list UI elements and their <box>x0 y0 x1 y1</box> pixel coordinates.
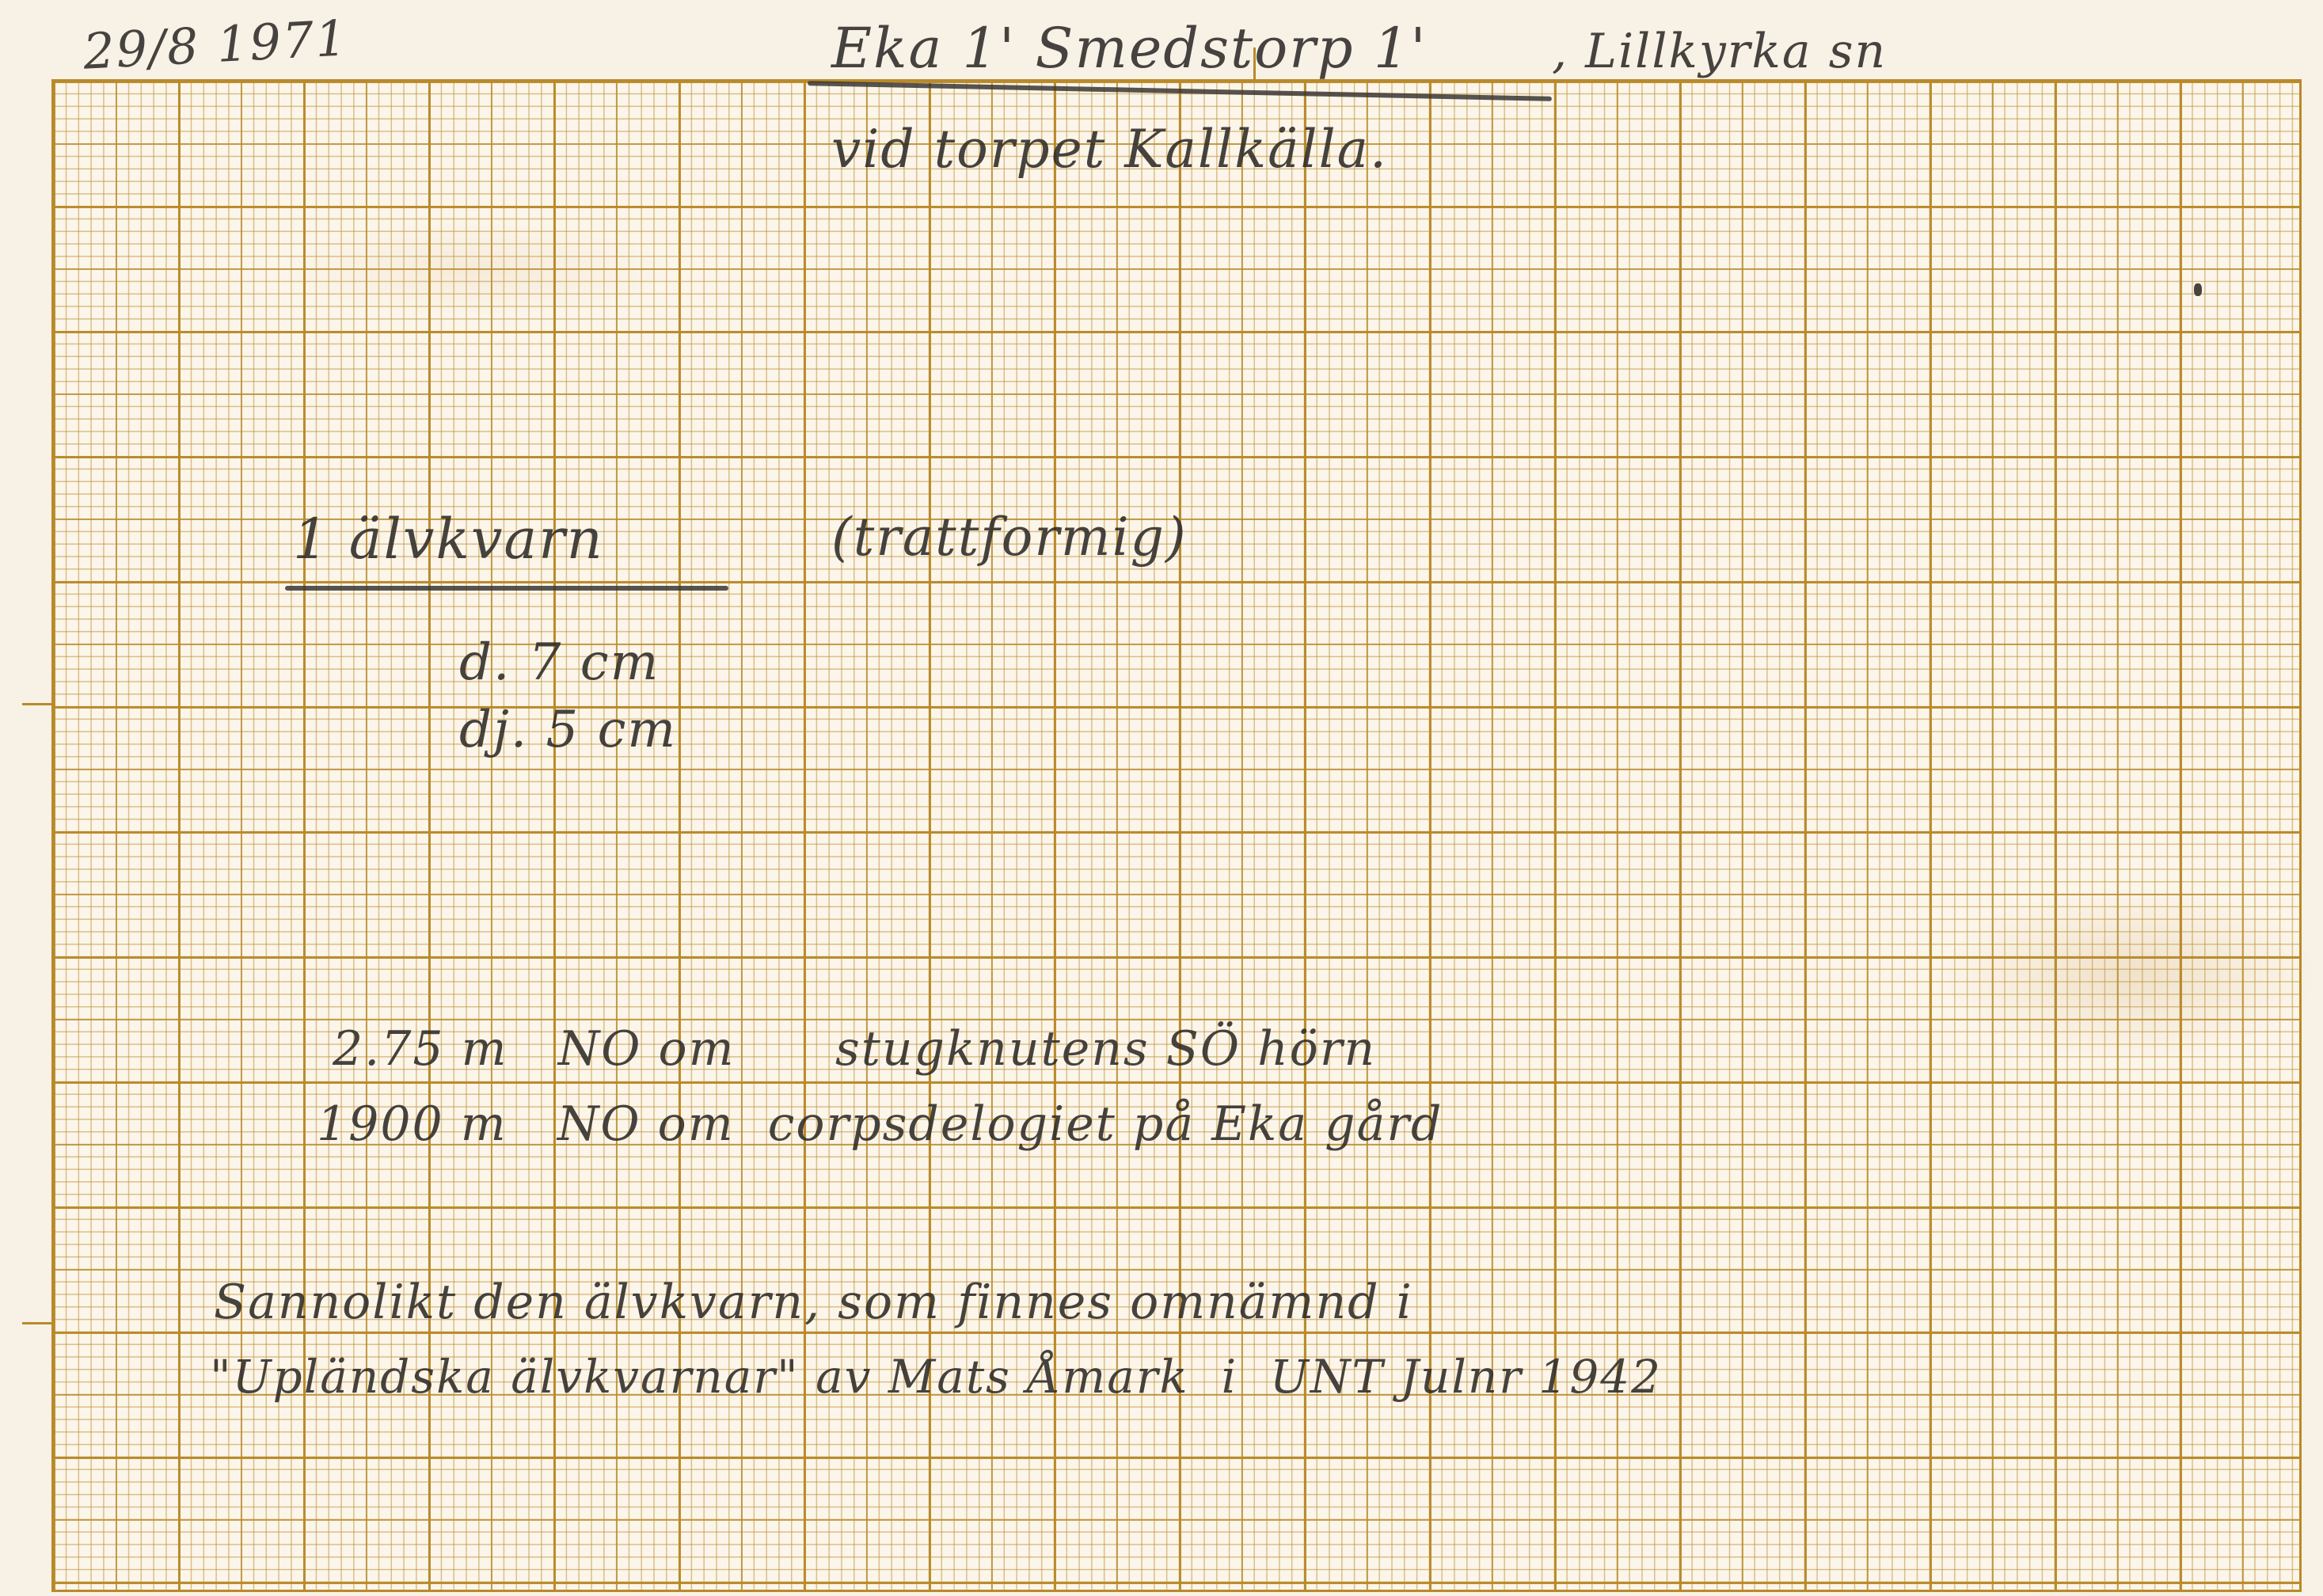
measurement-depth: dj. 5 cm <box>459 701 677 759</box>
heading-site: Eka 1' Smedstorp 1' <box>831 16 1428 81</box>
paper-stain <box>277 222 673 317</box>
paper-stain <box>1940 887 2320 1061</box>
margin-tick-left-2 <box>22 1322 54 1324</box>
feature-title-underline <box>285 586 728 591</box>
location-note-1: 2.75 m NO om stugknutens SÖ hörn <box>333 1021 1376 1077</box>
measurement-diameter: d. 7 cm <box>459 633 660 692</box>
heading-parish: , Lillkyrka sn <box>1552 24 1887 79</box>
margin-tick-left-1 <box>22 703 54 705</box>
feature-title: 1 älvkvarn <box>293 507 604 572</box>
feature-qualifier: (trattformig) <box>831 507 1188 568</box>
location-note-2: 1900 m NO om corpsdelogiet på Eka gård <box>317 1096 1443 1152</box>
remark-line-2: "Upländska älvkvarnar" av Mats Åmark i U… <box>210 1350 1662 1404</box>
note-date: 29/8 1971 <box>82 9 349 80</box>
pencil-speck <box>2194 283 2202 296</box>
paper-sheet: 29/8 1971 Eka 1' Smedstorp 1' , Lillkyrk… <box>0 0 2323 1596</box>
heading-location: vid torpet Kallkälla. <box>831 119 1388 180</box>
remark-line-1: Sannolikt den älvkvarn, som finnes omnäm… <box>214 1275 1413 1330</box>
